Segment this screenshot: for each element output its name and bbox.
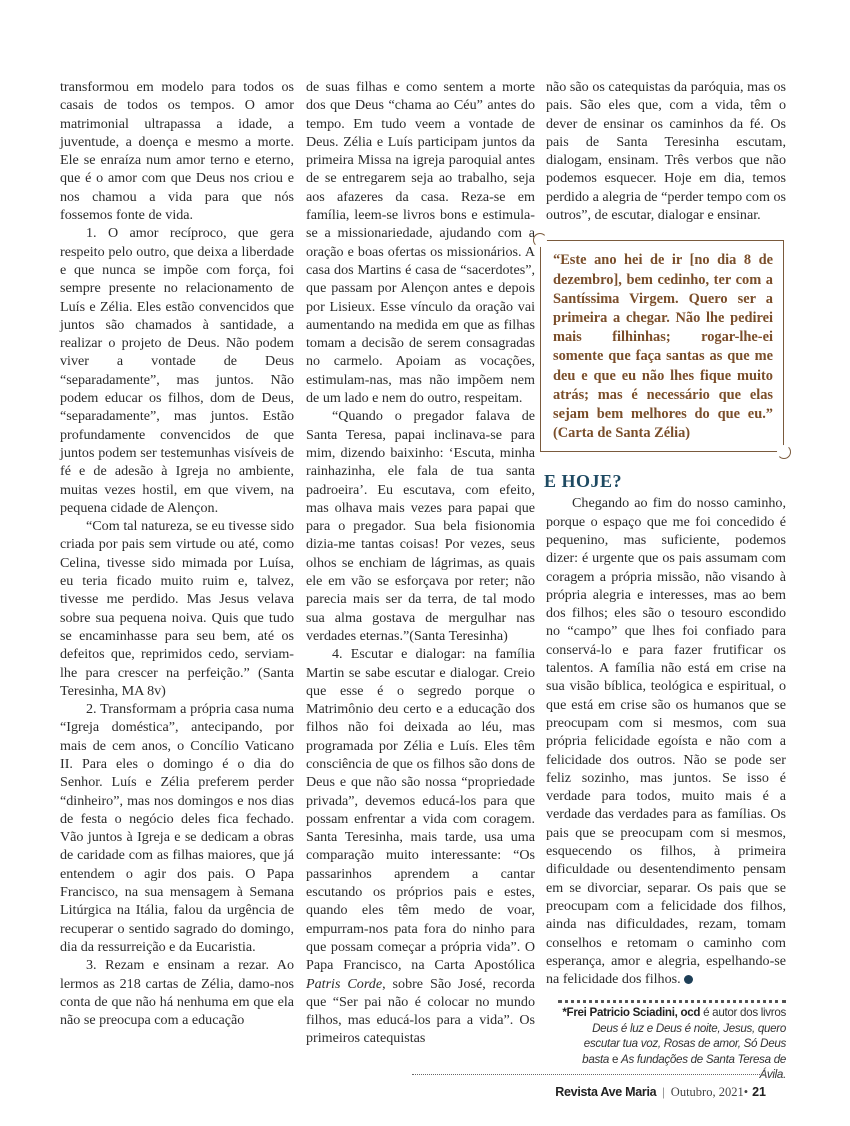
bullet-icon: • bbox=[744, 1085, 748, 1099]
paragraph: Chegando ao fim do nosso caminho, porque… bbox=[546, 494, 786, 988]
paragraph: 3. Rezam e ensinam a rezar. Ao lermos as… bbox=[60, 956, 294, 1029]
paragraph: de suas filhas e como sentem a morte dos… bbox=[306, 78, 535, 407]
footer-separator: | bbox=[662, 1085, 665, 1099]
article-column-3: não são os catequistas da paróquia, mas … bbox=[546, 78, 786, 1082]
magazine-name: Revista Ave Maria bbox=[555, 1085, 656, 1099]
paragraph: 1. O amor recíproco, que gera respeito p… bbox=[60, 224, 294, 517]
author-text: e bbox=[609, 1053, 621, 1066]
article-column-1: transformou em modelo para todos os casa… bbox=[60, 78, 294, 1029]
page-footer: Revista Ave Maria|Outubro, 2021• 21 bbox=[555, 1084, 766, 1100]
issue-date: Outubro, 2021 bbox=[671, 1085, 744, 1099]
end-of-article-dot-icon bbox=[684, 975, 693, 984]
pull-quote-text: “Este ano hei de ir [no dia 8 de dezembr… bbox=[553, 251, 773, 443]
page-number: 21 bbox=[752, 1085, 766, 1099]
quotation-paragraph: “Com tal natureza, se eu tivesse sido cr… bbox=[60, 517, 294, 700]
paragraph: 2. Transformam a própria casa numa “Igre… bbox=[60, 700, 294, 956]
document-title: Patris Corde bbox=[306, 976, 382, 992]
author-books: As fundações de Santa Teresa de Ávila. bbox=[621, 1053, 786, 1081]
paragraph: 4. Escutar e dialogar: na família Martin… bbox=[306, 645, 535, 1048]
pull-quote-box: “Este ano hei de ir [no dia 8 de dezembr… bbox=[540, 240, 784, 452]
author-note: *Frei Patricio Sciadini, ocd é autor dos… bbox=[558, 1000, 786, 1082]
section-heading: E HOJE? bbox=[544, 470, 786, 492]
paragraph-text: Chegando ao fim do nosso caminho, porque… bbox=[546, 495, 786, 987]
author-text: é autor dos livros bbox=[700, 1006, 786, 1019]
quotation-paragraph: “Quando o pregador falava de Santa Teres… bbox=[306, 407, 535, 645]
paragraph: não são os catequistas da paróquia, mas … bbox=[546, 78, 786, 224]
footer-divider bbox=[412, 1074, 766, 1075]
paragraph: transformou em modelo para todos os casa… bbox=[60, 78, 294, 224]
paragraph-text: 4. Escutar e dialogar: na família Martin… bbox=[306, 646, 535, 973]
author-name: *Frei Patricio Sciadini, ocd bbox=[562, 1006, 700, 1019]
article-column-2: de suas filhas e como sentem a morte dos… bbox=[306, 78, 535, 1048]
